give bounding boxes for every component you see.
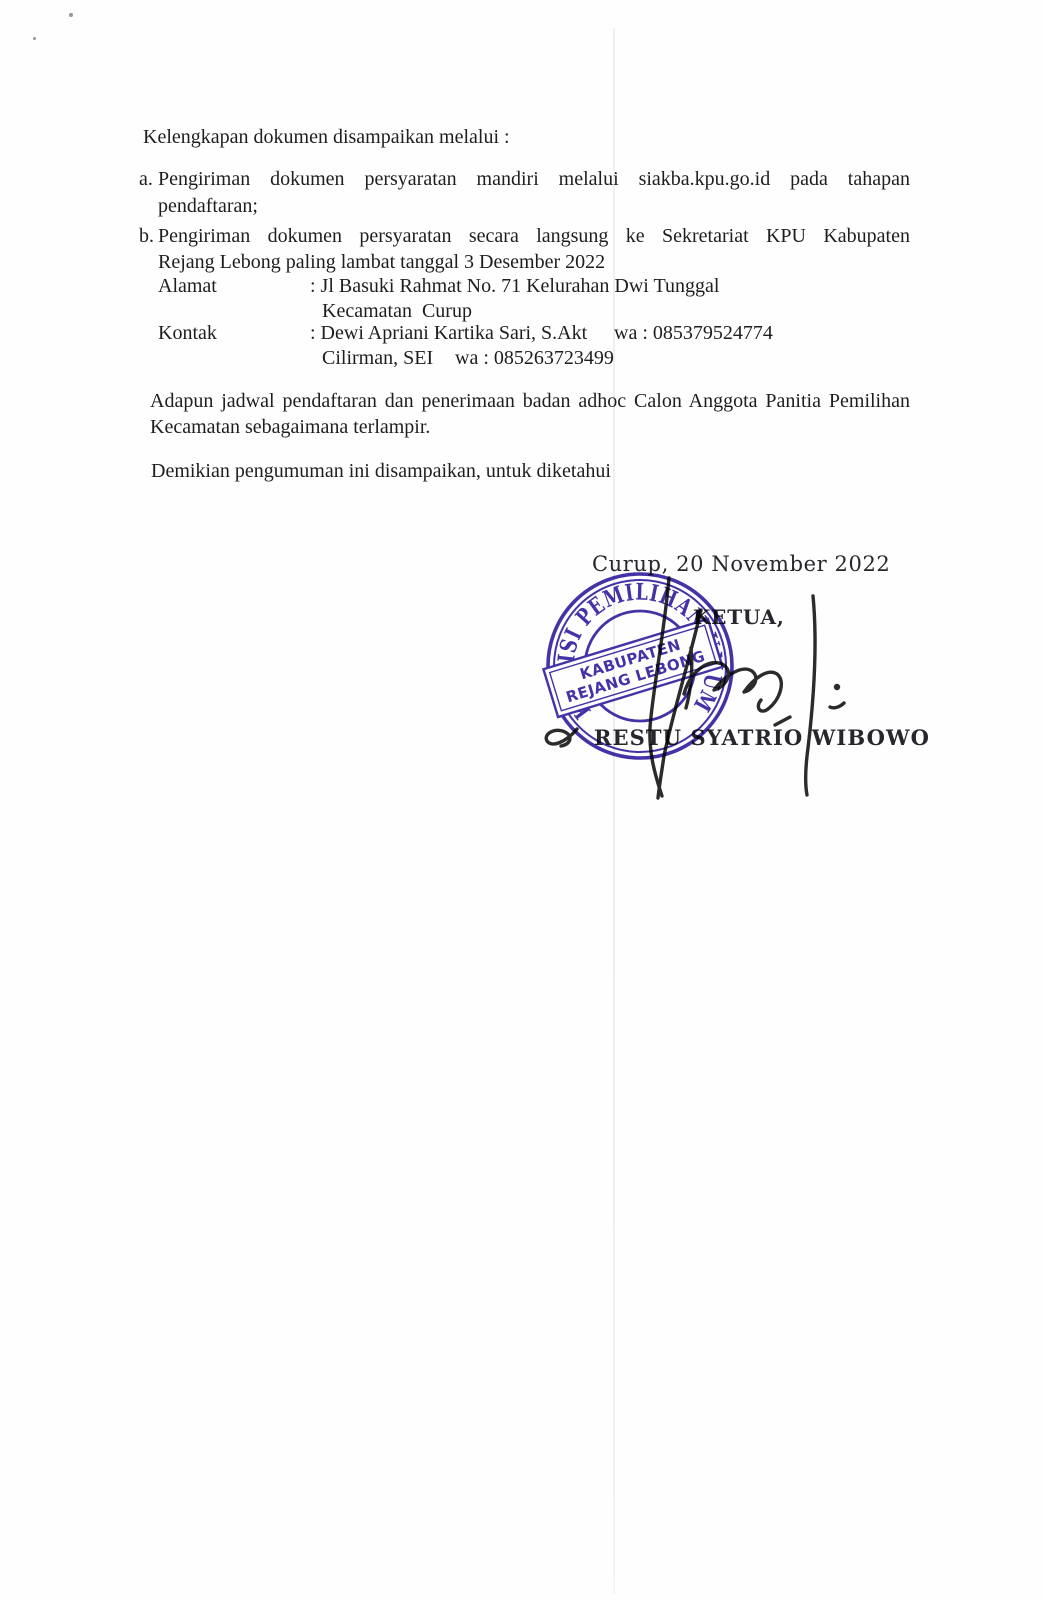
contact-value-line1: : Dewi Apriani Kartika Sari, S.Akt	[310, 320, 587, 347]
schedule-paragraph-line2: Kecamatan sebagaimana terlampir.	[150, 414, 910, 441]
address-value-line1: : Jl Basuki Rahmat No. 71 Kelurahan Dwi …	[310, 273, 719, 300]
contact-wa1: wa : 085379524774	[614, 320, 773, 347]
signature-stroke-right	[806, 596, 815, 795]
list-marker-b: b.	[139, 223, 159, 250]
signature-stroke-cursive	[684, 663, 781, 712]
intro-line: Kelengkapan dokumen disampaikan melalui …	[143, 124, 643, 151]
signature-stroke-left2	[658, 610, 701, 798]
closing-line: Demikian pengumuman ini disampaikan, unt…	[151, 458, 911, 485]
scan-speck	[33, 37, 36, 40]
list-item-a-line2: pendaftaran;	[158, 193, 910, 220]
list-item-b-line2: Rejang Lebong paling lambat tanggal 3 De…	[158, 249, 910, 276]
contact-label: Kontak	[158, 320, 217, 347]
contact-wa2: wa : 085263723499	[455, 345, 614, 372]
signature-stroke-left	[650, 578, 669, 796]
list-item-a-line1: Pengiriman dokumen persyaratan mandiri m…	[158, 166, 910, 193]
schedule-paragraph-line1: Adapun jadwal pendaftaran dan penerimaan…	[150, 388, 910, 415]
list-item-b-line1: Pengiriman dokumen persyaratan secara la…	[158, 223, 910, 250]
list-marker-a: a.	[139, 166, 159, 193]
signature-tick	[830, 703, 844, 708]
signature-ink	[530, 565, 860, 810]
signature-caret	[775, 717, 790, 725]
signature-dot	[834, 684, 840, 690]
address-label: Alamat	[158, 273, 217, 300]
scanned-document-page: Kelengkapan dokumen disampaikan melalui …	[0, 0, 1043, 1600]
signature-flourish	[546, 729, 577, 746]
contact-value-line2: Cilirman, SEI	[322, 345, 433, 372]
scan-speck	[69, 13, 73, 17]
